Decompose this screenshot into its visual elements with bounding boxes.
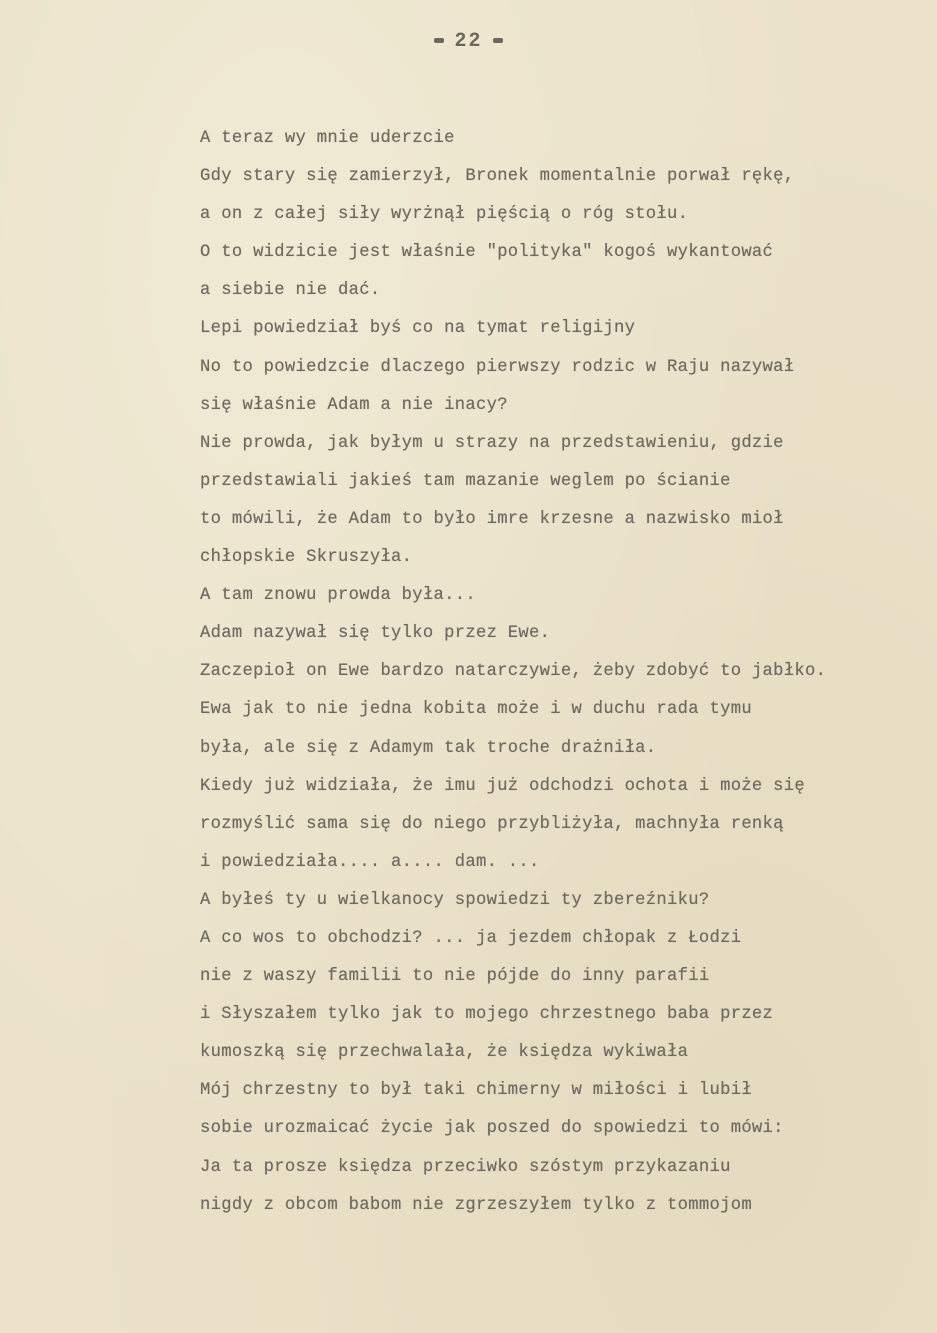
text-line: Ja ta prosze księdza przeciwko szóstym p… [200, 1153, 900, 1191]
text-line: Gdy stary się zamierzył, Bronek momental… [200, 162, 900, 200]
typewritten-text-body: A teraz wy mnie uderzcie Gdy stary się z… [200, 124, 900, 1229]
text-line: Mój chrzestny to był taki chimerny w mił… [200, 1076, 900, 1114]
text-line: kumoszką się przechwalała, że księdza wy… [200, 1038, 900, 1076]
text-line: i powiedziała.... a.... dam. ... [200, 848, 900, 886]
text-line: Lepi powiedział byś co na tymat religijn… [200, 314, 900, 352]
text-line: chłopskie Skruszyła. [200, 543, 900, 581]
text-line: No to powiedzcie dlaczego pierwszy rodzi… [200, 353, 900, 391]
text-line: sobie urozmaicać życie jak poszed do spo… [200, 1114, 900, 1152]
text-line: rozmyślić sama się do niego przybliżyła,… [200, 810, 900, 848]
dash-left [434, 38, 444, 43]
text-line: Nie prowda, jak byłym u strazy na przeds… [200, 429, 900, 467]
text-line: nigdy z obcom babom nie zgrzeszyłem tylk… [200, 1191, 900, 1229]
text-line: Zaczepioł on Ewe bardzo natarczywie, żeb… [200, 657, 900, 695]
text-line: A byłeś ty u wielkanocy spowiedzi ty zbe… [200, 886, 900, 924]
text-line: przedstawiali jakieś tam mazanie weglem … [200, 467, 900, 505]
page-number: 22 [454, 30, 482, 53]
text-line: nie z waszy familii to nie pójde do inny… [200, 962, 900, 1000]
text-line: a on z całej siły wyrżnął pięścią o róg … [200, 200, 900, 238]
page-number-header: 22 [0, 30, 937, 53]
text-line: Adam nazywał się tylko przez Ewe. [200, 619, 900, 657]
text-line: O to widzicie jest właśnie "polityka" ko… [200, 238, 900, 276]
text-line: A tam znowu prowda była... [200, 581, 900, 619]
text-line: A teraz wy mnie uderzcie [200, 124, 900, 162]
text-line: się właśnie Adam a nie inacy? [200, 391, 900, 429]
text-line: to mówili, że Adam to było imre krzesne … [200, 505, 900, 543]
dash-right [493, 38, 503, 43]
text-line: i Słyszałem tylko jak to mojego chrzestn… [200, 1000, 900, 1038]
text-line: A co wos to obchodzi? ... ja jezdem chło… [200, 924, 900, 962]
text-line: była, ale się z Adamym tak troche drażni… [200, 734, 900, 772]
text-line: Ewa jak to nie jedna kobita może i w duc… [200, 695, 900, 733]
text-line: a siebie nie dać. [200, 276, 900, 314]
text-line: Kiedy już widziała, że imu już odchodzi … [200, 772, 900, 810]
